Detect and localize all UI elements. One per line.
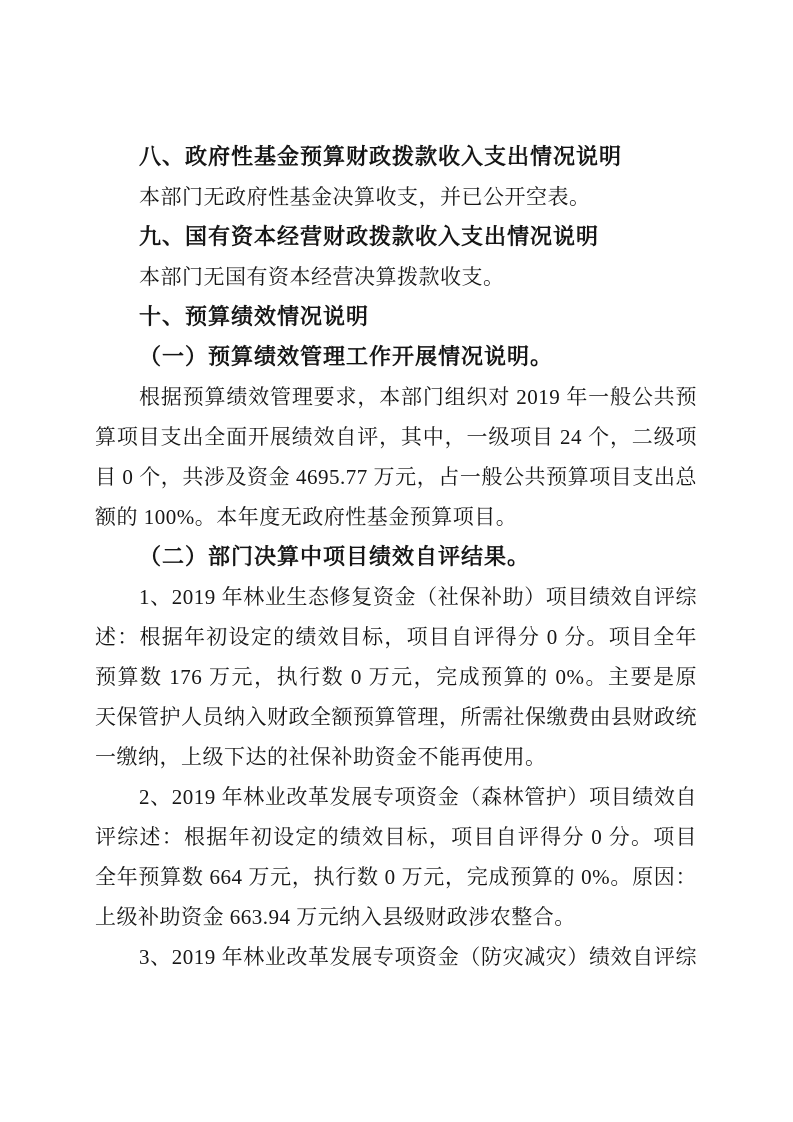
document-page: 八、政府性基金预算财政拨款收入支出情况说明 本部门无政府性基金决算收支，并已公开… [0, 0, 793, 1122]
para-govfund-note: 本部门无政府性基金决算收支，并已公开空表。 [95, 177, 697, 217]
para-project2-line: 评综述：根据年初设定的绩效目标，项目自评得分 0 分。项目 [95, 817, 697, 857]
section-heading-statecapital: 九、国有资本经营财政拨款收入支出情况说明 [95, 217, 697, 257]
para-project3-line: 3、2019 年林业改革发展专项资金（防灾减灾）绩效自评综 [95, 937, 697, 977]
subsection-heading-1: （一）预算绩效管理工作开展情况说明。 [95, 337, 697, 377]
para-project1-line: 天保管护人员纳入财政全额预算管理，所需社保缴费由县财政统 [95, 697, 697, 737]
para-project2-line: 全年预算数 664 万元，执行数 0 万元，完成预算的 0%。原因： [95, 857, 697, 897]
para-overview-line: 根据预算绩效管理要求，本部门组织对 2019 年一般公共预 [95, 377, 697, 417]
para-project1-line: 1、2019 年林业生态修复资金（社保补助）项目绩效自评综 [95, 577, 697, 617]
section-heading-govfund: 八、政府性基金预算财政拨款收入支出情况说明 [95, 137, 697, 177]
para-overview-line: 目 0 个，共涉及资金 4695.77 万元，占一般公共预算项目支出总 [95, 457, 697, 497]
subsection-heading-2: （二）部门决算中项目绩效自评结果。 [95, 537, 697, 577]
para-project2-line: 2、2019 年林业改革发展专项资金（森林管护）项目绩效自 [95, 777, 697, 817]
para-project1-line: 预算数 176 万元，执行数 0 万元，完成预算的 0%。主要是原 [95, 657, 697, 697]
para-statecapital-note: 本部门无国有资本经营决算拨款收支。 [95, 257, 697, 297]
para-project1-line: 一缴纳，上级下达的社保补助资金不能再使用。 [95, 737, 697, 777]
section-heading-performance: 十、预算绩效情况说明 [95, 297, 697, 337]
document-text-block: 八、政府性基金预算财政拨款收入支出情况说明 本部门无政府性基金决算收支，并已公开… [95, 137, 697, 977]
para-project2-line: 上级补助资金 663.94 万元纳入县级财政涉农整合。 [95, 897, 697, 937]
para-project1-line: 述：根据年初设定的绩效目标，项目自评得分 0 分。项目全年 [95, 617, 697, 657]
para-overview-line: 算项目支出全面开展绩效自评，其中，一级项目 24 个，二级项 [95, 417, 697, 457]
para-overview-line: 额的 100%。本年度无政府性基金预算项目。 [95, 497, 697, 537]
